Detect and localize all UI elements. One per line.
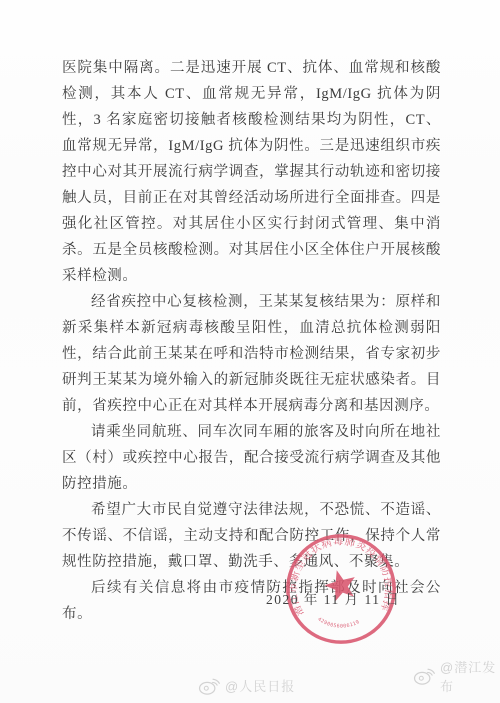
notice-paragraph: 经省疾控中心复核检测，王某某复核结果为：原样和新采集样本新冠病毒核酸呈阳性，血清… xyxy=(62,289,441,419)
watermark-peoples-daily: @人民日报 xyxy=(198,676,295,695)
watermark-label: @人民日报 xyxy=(225,676,295,695)
watermark-qianjiang-fabu: @潜江发布 xyxy=(413,657,500,695)
watermark-label: @潜江发布 xyxy=(440,657,500,695)
issue-date: 2020 年 11 月 11 日 xyxy=(266,588,406,608)
scanned-notice-page: 医院集中隔离。二是迅速开展 CT、抗体、血常规和核酸检测，其本人 CT、血常规无… xyxy=(0,0,500,703)
seal-code: 4290056006119 xyxy=(316,616,360,629)
weibo-icon xyxy=(413,667,435,685)
svg-text:4290056006119: 4290056006119 xyxy=(316,616,360,629)
weibo-icon xyxy=(198,677,220,695)
notice-paragraph: 请乘坐同航班、同车次同车厢的旅客及时向所在地社区（村）或疾控中心报告，配合接受流… xyxy=(62,419,441,497)
notice-paragraph: 医院集中隔离。二是迅速开展 CT、抗体、血常规和核酸检测，其本人 CT、血常规无… xyxy=(62,55,441,289)
